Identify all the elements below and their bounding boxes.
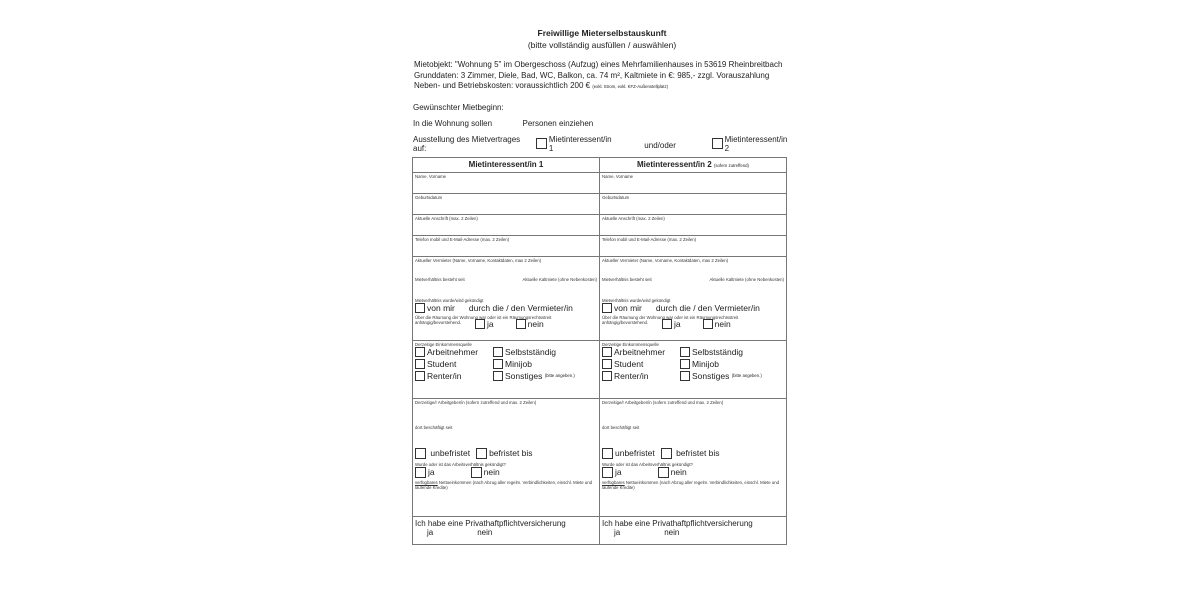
eviction-yes-checkbox[interactable] [662,319,672,329]
document-subtitle: (bitte vollständig ausfüllen / auswählen… [412,40,792,50]
job-terminated-no-checkbox[interactable] [658,467,669,478]
birthdate-field[interactable]: Geburtsdatum [413,193,600,214]
document-title: Freiwillige Mieterselbstauskunft [412,28,792,38]
minijob-checkbox[interactable] [493,359,503,369]
terminated-by-me-checkbox[interactable] [602,303,612,313]
tenancy-section: Aktueller Vermieter (Name, Vorname, Kont… [413,256,600,340]
income-source-section: Derzeitige Einkommensquelle Arbeitnehmer… [600,340,787,398]
permanent-checkbox[interactable] [602,448,613,459]
other-checkbox[interactable] [493,371,503,381]
eviction-yes-checkbox[interactable] [475,319,485,329]
employee-checkbox[interactable] [602,347,612,357]
contact-field[interactable]: Telefon mobil und E-Mail-Adresse (max. 2… [413,235,600,256]
persons-line: In die Wohnung sollen Personen einziehen [412,119,792,128]
liability-insurance-section: Ich habe eine Privathaftpflichtversicher… [600,516,787,544]
contract-tenant1-checkbox[interactable] [536,138,547,149]
fixed-term-checkbox[interactable] [476,448,487,459]
liability-no-option[interactable]: nein [664,528,679,537]
terminated-by-me-checkbox[interactable] [415,303,425,313]
other-checkbox[interactable] [680,371,690,381]
retiree-checkbox[interactable] [415,371,425,381]
job-terminated-yes-checkbox[interactable] [415,467,426,478]
contact-field[interactable]: Telefon mobil und E-Mail-Adresse (max. 2… [600,235,787,256]
document-page: Freiwillige Mieterselbstauskunft (bitte … [412,26,792,545]
job-terminated-yes-checkbox[interactable] [602,467,613,478]
retiree-checkbox[interactable] [602,371,612,381]
student-checkbox[interactable] [415,359,425,369]
employee-checkbox[interactable] [415,347,425,357]
liability-no-option[interactable]: nein [477,528,492,537]
birthdate-field[interactable]: Geburtsdatum [600,193,787,214]
employment-section: Derzeitige/r Arbeitgeber/in (sofern zutr… [600,398,787,516]
fixed-term-checkbox[interactable] [661,448,672,459]
column-tenant1-header: Mietinteressent/in 1 [413,157,600,172]
minijob-checkbox[interactable] [680,359,690,369]
student-checkbox[interactable] [602,359,612,369]
tenancy-section: Aktueller Vermieter (Name, Vorname, Kont… [600,256,787,340]
tenant-form-table: Mietinteressent/in 1 Mietinteressent/in … [412,157,787,545]
rental-object-description: Mietobjekt: "Wohnung 5" im Obergeschoss … [412,60,792,93]
liability-yes-option[interactable]: ja [427,528,433,537]
address-field[interactable]: Aktuelle Anschrift (max. 2 Zeilen) [600,214,787,235]
address-field[interactable]: Aktuelle Anschrift (max. 2 Zeilen) [413,214,600,235]
liability-yes-option[interactable]: ja [614,528,620,537]
contract-tenant2-checkbox[interactable] [712,138,723,149]
eviction-no-checkbox[interactable] [516,319,526,329]
job-terminated-no-checkbox[interactable] [471,467,482,478]
self-employed-checkbox[interactable] [680,347,690,357]
column-tenant2-header: Mietinteressent/in 2 (sofern zutreffend) [600,157,787,172]
income-source-section: Derzeitige Einkommensquelle Arbeitnehmer… [413,340,600,398]
start-date-label: Gewünschter Mietbeginn: [412,103,792,112]
employment-section: Derzeitige/r Arbeitgeber/in (sofern zutr… [413,398,600,516]
self-employed-checkbox[interactable] [493,347,503,357]
name-field[interactable]: Name, Vorname [600,172,787,193]
eviction-no-checkbox[interactable] [703,319,713,329]
permanent-checkbox[interactable] [415,448,426,459]
liability-insurance-section: Ich habe eine Privathaftpflichtversicher… [413,516,600,544]
name-field[interactable]: Name, Vorname [413,172,600,193]
contract-line: Ausstellung des Mietvertrages auf: Mieti… [412,135,792,153]
